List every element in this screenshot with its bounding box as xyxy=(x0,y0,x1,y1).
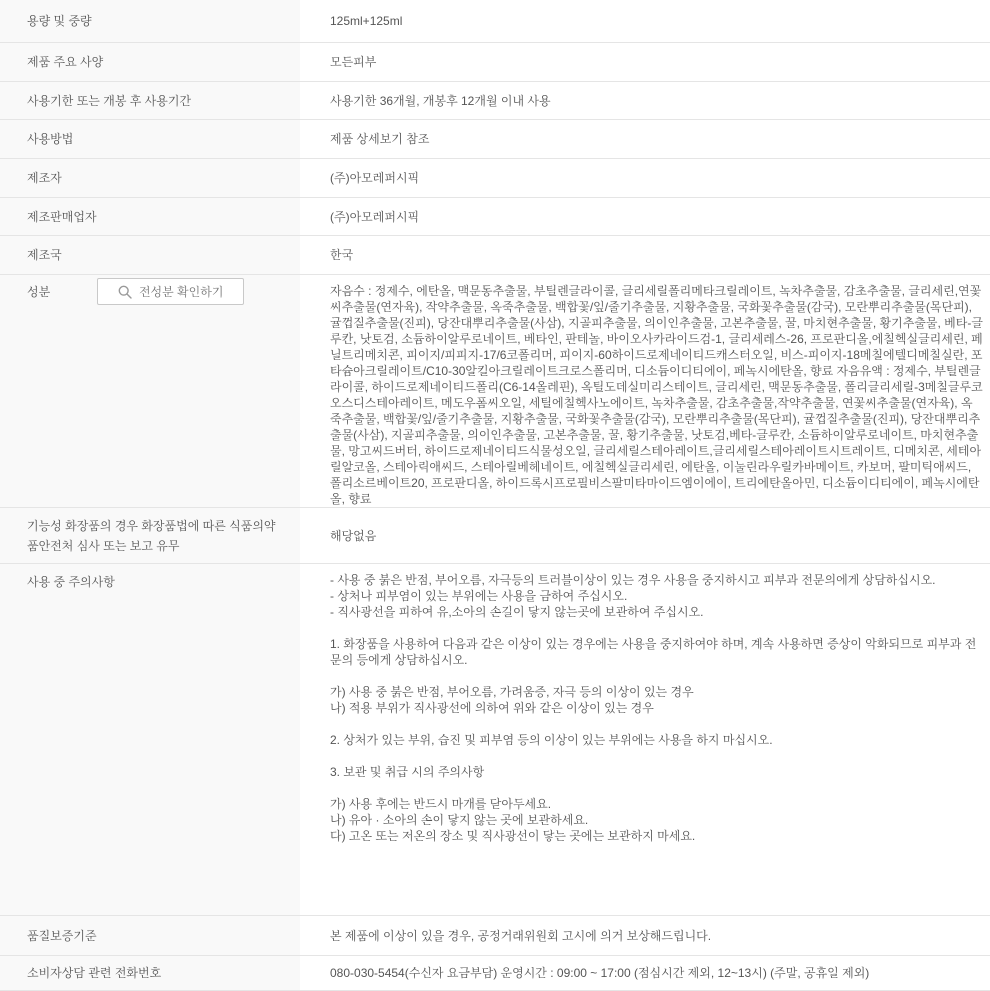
caution-text: - 사용 중 붉은 반점, 부어오름, 자극등의 트러블이상이 있는 경우 사용… xyxy=(330,572,984,844)
row-value: (주)아모레퍼시픽 xyxy=(300,159,990,197)
ingredients-text: 자음수 : 정제수, 에탄올, 맥문동추출물, 부틸렌글라이콜, 글리세릴폴리메… xyxy=(330,283,984,507)
row-label: 사용기한 또는 개봉 후 사용기간 xyxy=(0,82,300,119)
search-icon xyxy=(118,285,132,299)
row-label: 제조국 xyxy=(0,236,300,274)
row-value: 자음수 : 정제수, 에탄올, 맥문동추출물, 부틸렌글라이콜, 글리세릴폴리메… xyxy=(300,275,990,507)
row-label-text: 제조국 xyxy=(27,245,62,265)
row-value: 080-030-5454(수신자 요금부담) 운영시간 : 09:00 ~ 17… xyxy=(300,956,990,990)
product-info-table: 용량 및 중량 125ml+125ml 제품 주요 사양 모든피부 사용기한 또… xyxy=(0,0,990,991)
row-value-text: 사용기한 36개월, 개봉후 12개월 이내 사용 xyxy=(330,93,551,109)
row-value-text: (주)아모레퍼시픽 xyxy=(330,209,419,225)
row-value: - 사용 중 붉은 반점, 부어오름, 자극등의 트러블이상이 있는 경우 사용… xyxy=(300,564,990,915)
row-label: 용량 및 중량 xyxy=(0,0,300,42)
row-value: 모든피부 xyxy=(300,43,990,81)
spec-row-usage: 사용방법 제품 상세보기 참조 xyxy=(0,120,990,159)
full-ingredients-button[interactable]: 전성분 확인하기 xyxy=(97,278,244,305)
spec-row-warranty: 품질보증기준 본 제품에 이상이 있을 경우, 공정거래위원회 고시에 의거 보… xyxy=(0,916,990,956)
row-value-text: 본 제품에 이상이 있을 경우, 공정거래위원회 고시에 의거 보상해드립니다. xyxy=(330,928,711,944)
spec-row-functional-report: 기능성 화장품의 경우 화장품법에 따른 식품의약품안전처 심사 또는 보고 유… xyxy=(0,508,990,564)
row-label-text: 사용방법 xyxy=(27,129,73,149)
row-value: 제품 상세보기 참조 xyxy=(300,120,990,158)
spec-row-caution: 사용 중 주의사항 - 사용 중 붉은 반점, 부어오름, 자극등의 트러블이상… xyxy=(0,564,990,916)
row-label-text: 사용 중 주의사항 xyxy=(27,572,115,592)
row-label-text: 사용기한 또는 개봉 후 사용기간 xyxy=(27,91,191,111)
row-value: (주)아모레퍼시픽 xyxy=(300,198,990,235)
row-value: 125ml+125ml xyxy=(300,0,990,42)
full-ingredients-button-label: 전성분 확인하기 xyxy=(139,283,223,300)
row-label-text: 제조판매업자 xyxy=(27,207,97,227)
row-value: 해당없음 xyxy=(300,508,990,563)
row-label: 성분 전성분 확인하기 xyxy=(0,275,300,507)
row-label-text: 제조자 xyxy=(27,168,62,188)
spec-row-ingredients: 성분 전성분 확인하기 자음수 : 정제수, 에탄올, 맥문동추출물, 부틸렌글… xyxy=(0,275,990,508)
row-value-text: (주)아모레퍼시픽 xyxy=(330,170,419,186)
row-value-text: 한국 xyxy=(330,247,353,263)
row-label: 소비자상담 관련 전화번호 xyxy=(0,956,300,990)
spec-row-manufacturer: 제조자 (주)아모레퍼시픽 xyxy=(0,159,990,198)
row-label: 사용 중 주의사항 xyxy=(0,564,300,915)
row-value-text: 제품 상세보기 참조 xyxy=(330,131,429,147)
row-label-text: 기능성 화장품의 경우 화장품법에 따른 식품의약품안전처 심사 또는 보고 유… xyxy=(27,516,286,556)
row-label-text: 소비자상담 관련 전화번호 xyxy=(27,963,161,983)
spec-row-distributor: 제조판매업자 (주)아모레퍼시픽 xyxy=(0,198,990,236)
spec-row-product-spec: 제품 주요 사양 모든피부 xyxy=(0,43,990,82)
row-value-text: 125ml+125ml xyxy=(330,13,402,29)
row-label-text: 제품 주요 사양 xyxy=(27,52,103,72)
row-value-text: 모든피부 xyxy=(330,54,376,70)
row-label: 제조판매업자 xyxy=(0,198,300,235)
row-label: 기능성 화장품의 경우 화장품법에 따른 식품의약품안전처 심사 또는 보고 유… xyxy=(0,508,300,563)
row-value-text: 해당없음 xyxy=(330,528,376,544)
customer-service-phone: 080-030-5454(수신자 요금부담) 운영시간 : 09:00 ~ 17… xyxy=(330,965,869,981)
spec-row-volume-weight: 용량 및 중량 125ml+125ml xyxy=(0,0,990,43)
row-label-text: 품질보증기준 xyxy=(27,926,97,946)
row-value: 한국 xyxy=(300,236,990,274)
row-label-text: 용량 및 중량 xyxy=(27,11,92,31)
row-label-text: 성분 xyxy=(27,282,50,302)
row-label: 사용방법 xyxy=(0,120,300,158)
row-label: 품질보증기준 xyxy=(0,916,300,955)
row-label: 제품 주요 사양 xyxy=(0,43,300,81)
row-value: 사용기한 36개월, 개봉후 12개월 이내 사용 xyxy=(300,82,990,119)
spec-row-customer-service: 소비자상담 관련 전화번호 080-030-5454(수신자 요금부담) 운영시… xyxy=(0,956,990,991)
row-value: 본 제품에 이상이 있을 경우, 공정거래위원회 고시에 의거 보상해드립니다. xyxy=(300,916,990,955)
row-label: 제조자 xyxy=(0,159,300,197)
spec-row-expiry: 사용기한 또는 개봉 후 사용기간 사용기한 36개월, 개봉후 12개월 이내… xyxy=(0,82,990,120)
spec-row-country: 제조국 한국 xyxy=(0,236,990,275)
